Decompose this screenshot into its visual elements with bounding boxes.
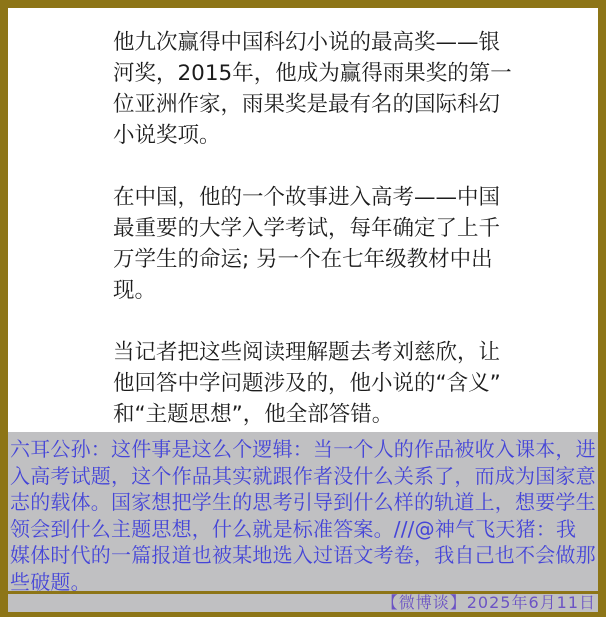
article-line: 当记者把这些阅读理解题去考刘慈欣，让 <box>113 337 598 368</box>
article-line: 最重要的大学入学考试，每年确定了上千 <box>113 213 598 244</box>
comment-line: 志的载体。国家想把学生的思考引导到什么样的轨道上，想要学生 <box>10 489 596 516</box>
comment-section: 六耳公孙：这件事是这么个逻辑：当一个人的作品被收入课本，进 入高考试题，这个作品… <box>8 432 598 591</box>
comment-line: 媒体时代的一篇报道也被某地选入过语文考卷，我自己也不会做那 <box>10 542 596 569</box>
post-card: 他九次赢得中国科幻小说的最高奖——银 河奖，2015年，他成为赢得雨果奖的第一 … <box>0 0 606 617</box>
article-line: 万学生的命运; 另一个在七年级教材中出 <box>113 244 598 275</box>
article-line: 小说奖项。 <box>113 120 598 151</box>
article-line: 和“主题思想”，他全部答错。 <box>113 399 598 430</box>
source-date-label: 【微博谈】2025年6月11日 <box>382 593 596 612</box>
article-paragraph: 在中国，他的一个故事进入高考——中国 最重要的大学入学考试，每年确定了上千 万学… <box>113 182 598 306</box>
article-line: 他九次赢得中国科幻小说的最高奖——银 <box>113 27 598 58</box>
footer-bar: 【微博谈】2025年6月11日 <box>8 594 598 612</box>
comment-line: 领会到什么主题思想，什么就是标准答案。///@神气飞天猪：我 <box>10 516 596 543</box>
article-paragraph: 他九次赢得中国科幻小说的最高奖——银 河奖，2015年，他成为赢得雨果奖的第一 … <box>113 27 598 151</box>
comment-line: 六耳公孙：这件事是这么个逻辑：当一个人的作品被收入课本，进 <box>10 436 596 463</box>
article-line: 位亚洲作家，雨果奖是最有名的国际科幻 <box>113 89 598 120</box>
article-line: 在中国，他的一个故事进入高考——中国 <box>113 182 598 213</box>
article-line: 河奖，2015年，他成为赢得雨果奖的第一 <box>113 58 598 89</box>
article-body: 他九次赢得中国科幻小说的最高奖——银 河奖，2015年，他成为赢得雨果奖的第一 … <box>8 8 598 432</box>
comment-line: 入高考试题，这个作品其实就跟作者没什么关系了，而成为国家意 <box>10 463 596 490</box>
article-line: 现。 <box>113 275 598 306</box>
article-paragraph: 当记者把这些阅读理解题去考刘慈欣，让 他回答中学问题涉及的，他小说的“含义” 和… <box>113 337 598 430</box>
article-line: 他回答中学问题涉及的，他小说的“含义” <box>113 368 598 399</box>
